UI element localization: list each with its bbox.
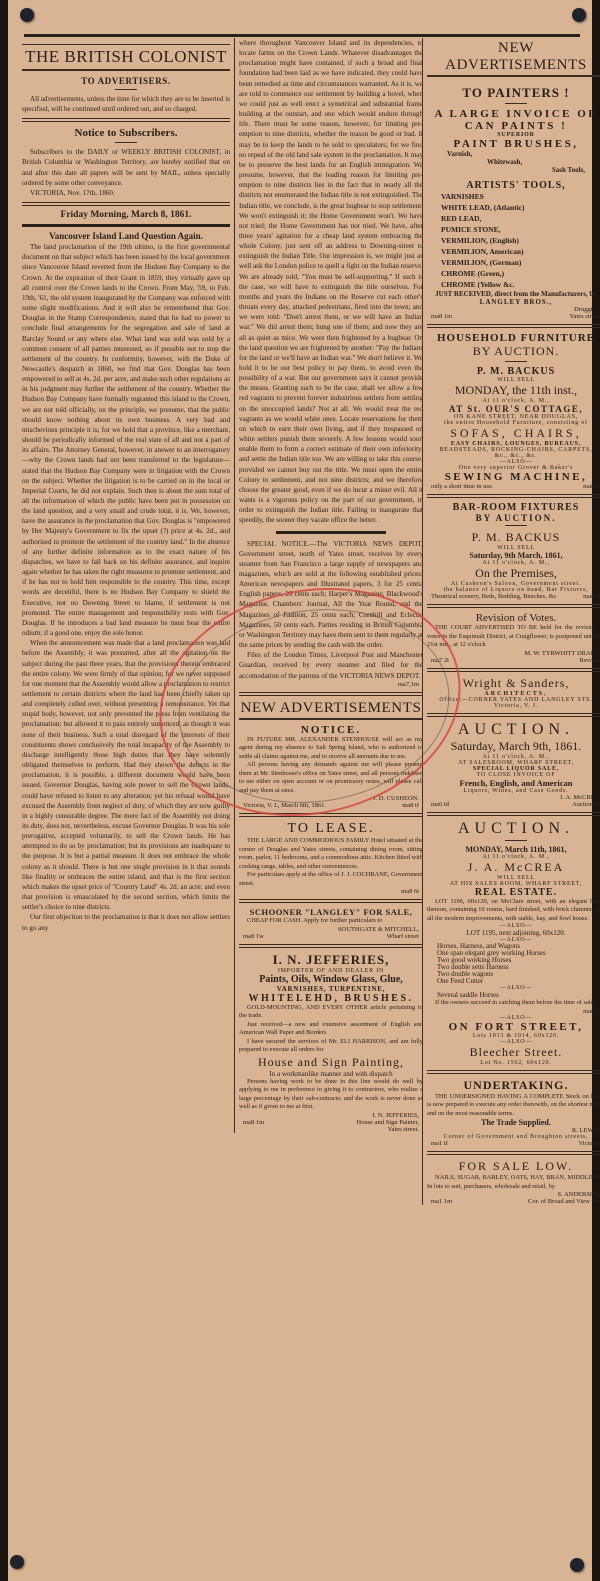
- ad-code: ma7,1m: [398, 681, 419, 688]
- thumbtack-icon: [572, 8, 586, 22]
- notice-subscribers-title: Notice to Subscribers.: [22, 127, 230, 139]
- column-3: NEW ADVERTISEMENTS TO PAINTERS ! A LARGE…: [422, 38, 600, 1205]
- special-notice-files: Files of the London Times, Liverpool Pos…: [239, 650, 423, 680]
- thumbtack-icon: [20, 8, 34, 22]
- to-advertisers-body: All advertisements, unless the time for …: [22, 94, 230, 114]
- thumbtack-icon: [570, 1558, 584, 1572]
- editorial-paragraph: Our first objection to the proclamation …: [22, 912, 230, 932]
- furniture-auction-ad: HOUSEHOLD FURNITURE BY AUCTION. P. M. BA…: [427, 332, 600, 490]
- to-lease-ad: TO LEASE. THE LARGE AND COMMODIOUS FAMIL…: [239, 821, 423, 895]
- issue-date: Friday Morning, March 8, 1861.: [22, 210, 230, 220]
- special-notice: SPECIAL NOTICE.—The VICTORIA NEWS DEPOT,…: [239, 539, 423, 651]
- to-advertisers-title: TO ADVERTISERS.: [22, 76, 230, 86]
- thumbtack-icon: [10, 1555, 24, 1569]
- painters-ad: TO PAINTERS ! A LARGE INVOICE OF CAN PAI…: [427, 85, 600, 320]
- editorial-continued: where throughout Vancouver Island and it…: [239, 38, 423, 526]
- notice-subscribers-dateline: VICTORIA, Nov. 17th, 1860.: [22, 188, 230, 198]
- for-sale-ad: FOR SALE LOW. NAILS, SUGAR, BARLEY, OATS…: [427, 1159, 600, 1205]
- notice-ad: NOTICE. IN FUTURE MR. ALEXANDER STENHOUS…: [239, 724, 423, 810]
- editorial-paragraph: The land proclamation of the 19th ultimo…: [22, 242, 230, 638]
- real-estate-auction-ad: AUCTION. MONDAY, March 11th, 1861, At 11…: [427, 820, 600, 1066]
- undertaking-ad: UNDERTAKING. THE UNDERSIGNED HAVING A CO…: [427, 1078, 600, 1148]
- newspaper-page: THE BRITISH COLONIST TO ADVERTISERS. All…: [8, 0, 592, 1581]
- revision-votes-ad: Revision of Votes. THE COURT ADVERTISED …: [427, 612, 600, 664]
- column-1: THE BRITISH COLONIST TO ADVERTISERS. All…: [22, 38, 230, 933]
- schooner-ad: SCHOONER "LANGLEY" FOR SALE, CHEAP FOR C…: [239, 907, 423, 940]
- top-rule: [24, 34, 580, 37]
- barroom-auction-ad: BAR-ROOM FIXTURES BY AUCTION. P. M. BACK…: [427, 502, 600, 600]
- notice-subscribers-body: Subscribers to the DAILY or WEEKLY BRITI…: [22, 147, 230, 188]
- masthead: THE BRITISH COLONIST: [22, 44, 230, 71]
- editorial-paragraph: When the announcement was made that a la…: [22, 638, 230, 912]
- column-2: where throughout Vancouver Island and it…: [234, 38, 423, 1133]
- jefferies-ad: I. N. JEFFERIES, IMPORTER OF AND DEALER …: [239, 952, 423, 1133]
- new-advertisements-header: NEW ADVERTISEMENTS: [239, 700, 423, 720]
- liquor-auction-ad: AUCTION. Saturday, March 9th, 1861. At 1…: [427, 721, 600, 808]
- architects-ad: Wright & Sanders, ARCHITECTS, Office:—CO…: [427, 676, 600, 709]
- editorial-title: Vancouver Island Land Question Again.: [22, 231, 230, 241]
- new-advertisements-header: NEW ADVERTISEMENTS: [427, 40, 600, 77]
